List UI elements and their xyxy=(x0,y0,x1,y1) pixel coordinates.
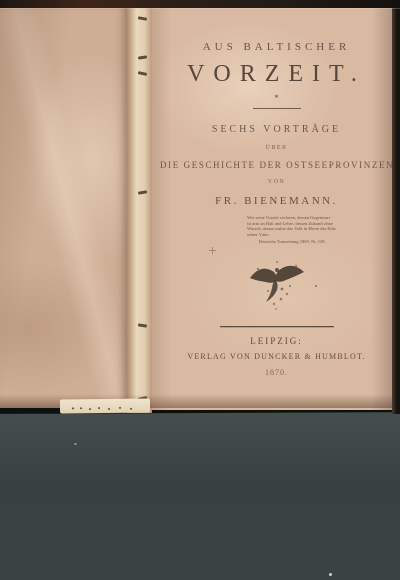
motto-line: seiner Väter. xyxy=(247,232,351,238)
divider-rule xyxy=(253,108,301,109)
author-name: FR. BIENEMANN. xyxy=(160,195,393,207)
subject-line: DIE GESCHICHTE DER OSTSEEPROVINZEN xyxy=(160,160,393,170)
stitching-thread xyxy=(138,190,147,194)
imprint-year: 1870. xyxy=(160,368,393,377)
title-page: AUS BALTISCHER VORZEIT. * SECHS VORTRÄGE… xyxy=(152,7,393,410)
stitching-thread xyxy=(138,71,147,75)
photo-backdrop xyxy=(0,410,400,580)
motto-quotation: Wer seine Vorzeit verloren, dessen Gegen… xyxy=(247,215,351,244)
page-block-bottom xyxy=(60,399,150,414)
stitching-thread xyxy=(138,323,147,327)
cover-top-edge xyxy=(0,0,400,8)
imprint-rule xyxy=(220,326,334,327)
series-line: AUS BALTISCHER xyxy=(160,41,393,53)
book-photograph: AUS BALTISCHER VORZEIT. * SECHS VORTRÄGE… xyxy=(0,0,400,580)
stitching-thread xyxy=(138,55,147,59)
divider-star-icon: * xyxy=(160,93,393,103)
stitching-thread xyxy=(138,16,147,20)
connector-von: VON xyxy=(160,179,393,185)
smudge-mark xyxy=(209,247,216,254)
connector-over: ÜBER xyxy=(160,145,393,151)
book-title: VORZEIT. xyxy=(160,61,393,88)
motto-line: Wurzel; darum wahre das Volk in Ehren da… xyxy=(247,226,351,232)
subtitle: SECHS VORTRÄGE xyxy=(160,124,393,135)
binding-fold xyxy=(127,7,152,413)
bird-vignette-icon xyxy=(160,257,393,322)
book-fore-edge xyxy=(392,0,400,414)
dust-speck xyxy=(74,443,77,445)
motto-attribution: Deutsche Turnzeitung 1869. Nr. 138. xyxy=(259,239,351,245)
page-bottom-shadow xyxy=(0,394,392,408)
dust-speck xyxy=(329,573,332,576)
imprint-city: LEIPZIG: xyxy=(160,336,393,346)
imprint-publisher: VERLAG VON DUNCKER & HUMBLOT. xyxy=(160,352,393,361)
facing-blank-page xyxy=(0,7,127,408)
